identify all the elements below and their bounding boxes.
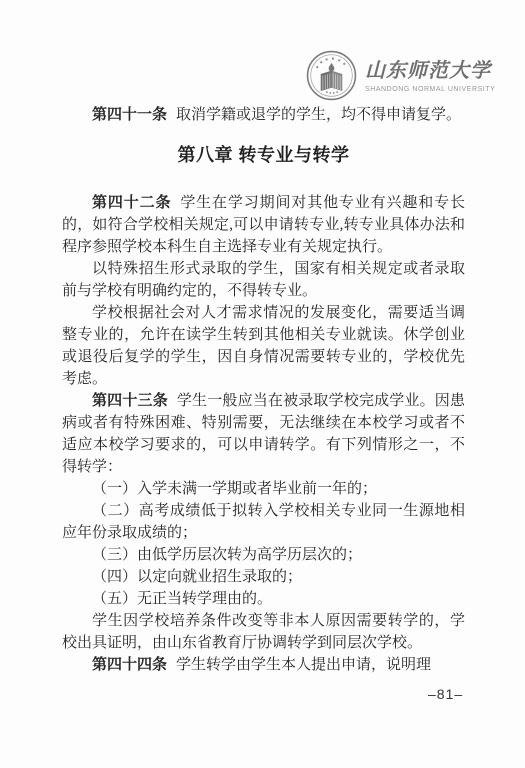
article-41-text: 取消学籍或退学的学生，均不得申请复学。 [176,107,461,123]
document-body: 第四十一条取消学籍或退学的学生，均不得申请复学。 第八章 转专业与转学 第四十二… [62,104,465,676]
paragraph: 学生因学校培养条件改变等非本人原因需要转学的，学校出具证明，由山东省教育厅协调转… [62,610,465,654]
university-seal-icon [306,50,357,101]
paragraph-text: 学生因学校培养条件改变等非本人原因需要转学的，学校出具证明，由山东省教育厅协调转… [62,613,465,651]
list-item-text: （四）以定向就业招生录取的； [92,569,302,585]
document-page: 山东师范大学 SHANDONG NORMAL UNIVERSITY 第四十一条取… [0,0,525,768]
list-item-text: （五）无正当转学理由的。 [92,591,272,607]
university-name-english: SHANDONG NORMAL UNIVERSITY [365,86,495,93]
article-44-number: 第四十四条 [92,657,167,673]
list-item-text: （三）由低学历层次转为高学历层次的； [92,547,362,563]
paragraph-text: 以特殊招生形式录取的学生，国家有相关规定或者录取前与学校有明确约定的，不得转专业… [62,261,465,299]
article-43-number: 第四十三条 [92,393,168,409]
list-item-1: （一）入学未满一学期或者毕业前一年的； [62,478,465,500]
article-42-number: 第四十二条 [92,195,171,211]
list-item-4: （四）以定向就业招生录取的； [62,566,465,588]
university-name-chinese: 山东师范大学 [365,59,495,83]
paragraph: 以特殊招生形式录取的学生，国家有相关规定或者录取前与学校有明确约定的，不得转专业… [62,258,465,302]
page-number: –81– [428,686,463,702]
paragraph-article-43: 第四十三条学生一般应当在被录取学校完成学业。因患病或者有特殊困难、特别需要，无法… [62,390,465,478]
chapter-heading: 第八章 转专业与转学 [62,140,465,170]
list-item-2: （二）高考成绩低于拟转入学校相关专业同一生源地相应年份录取成绩的； [62,500,465,544]
list-item-3: （三）由低学历层次转为高学历层次的； [62,544,465,566]
paragraph-article-44: 第四十四条学生转学由学生本人提出申请，说明理 [62,654,465,676]
university-name-block: 山东师范大学 SHANDONG NORMAL UNIVERSITY [365,59,495,93]
list-item-text: （二）高考成绩低于拟转入学校相关专业同一生源地相应年份录取成绩的； [62,503,465,541]
university-logo: 山东师范大学 SHANDONG NORMAL UNIVERSITY [306,50,495,101]
paragraph-text: 学校根据社会对人才需求情况的发展变化，需要适当调整专业的，允许在读学生转到其他相… [62,305,465,387]
paragraph-text: 学生转学由学生本人提出申请，说明理 [176,657,431,673]
paragraph: 学校根据社会对人才需求情况的发展变化，需要适当调整专业的，允许在读学生转到其他相… [62,302,465,390]
list-item-5: （五）无正当转学理由的。 [62,588,465,610]
article-41-number: 第四十一条 [92,107,167,123]
paragraph-article-42: 第四十二条学生在学习期间对其他专业有兴趣和专长的，如符合学校相关规定,可以申请转… [62,192,465,258]
article-41-paragraph: 第四十一条取消学籍或退学的学生，均不得申请复学。 [62,104,465,126]
list-item-text: （一）入学未满一学期或者毕业前一年的； [92,481,377,497]
